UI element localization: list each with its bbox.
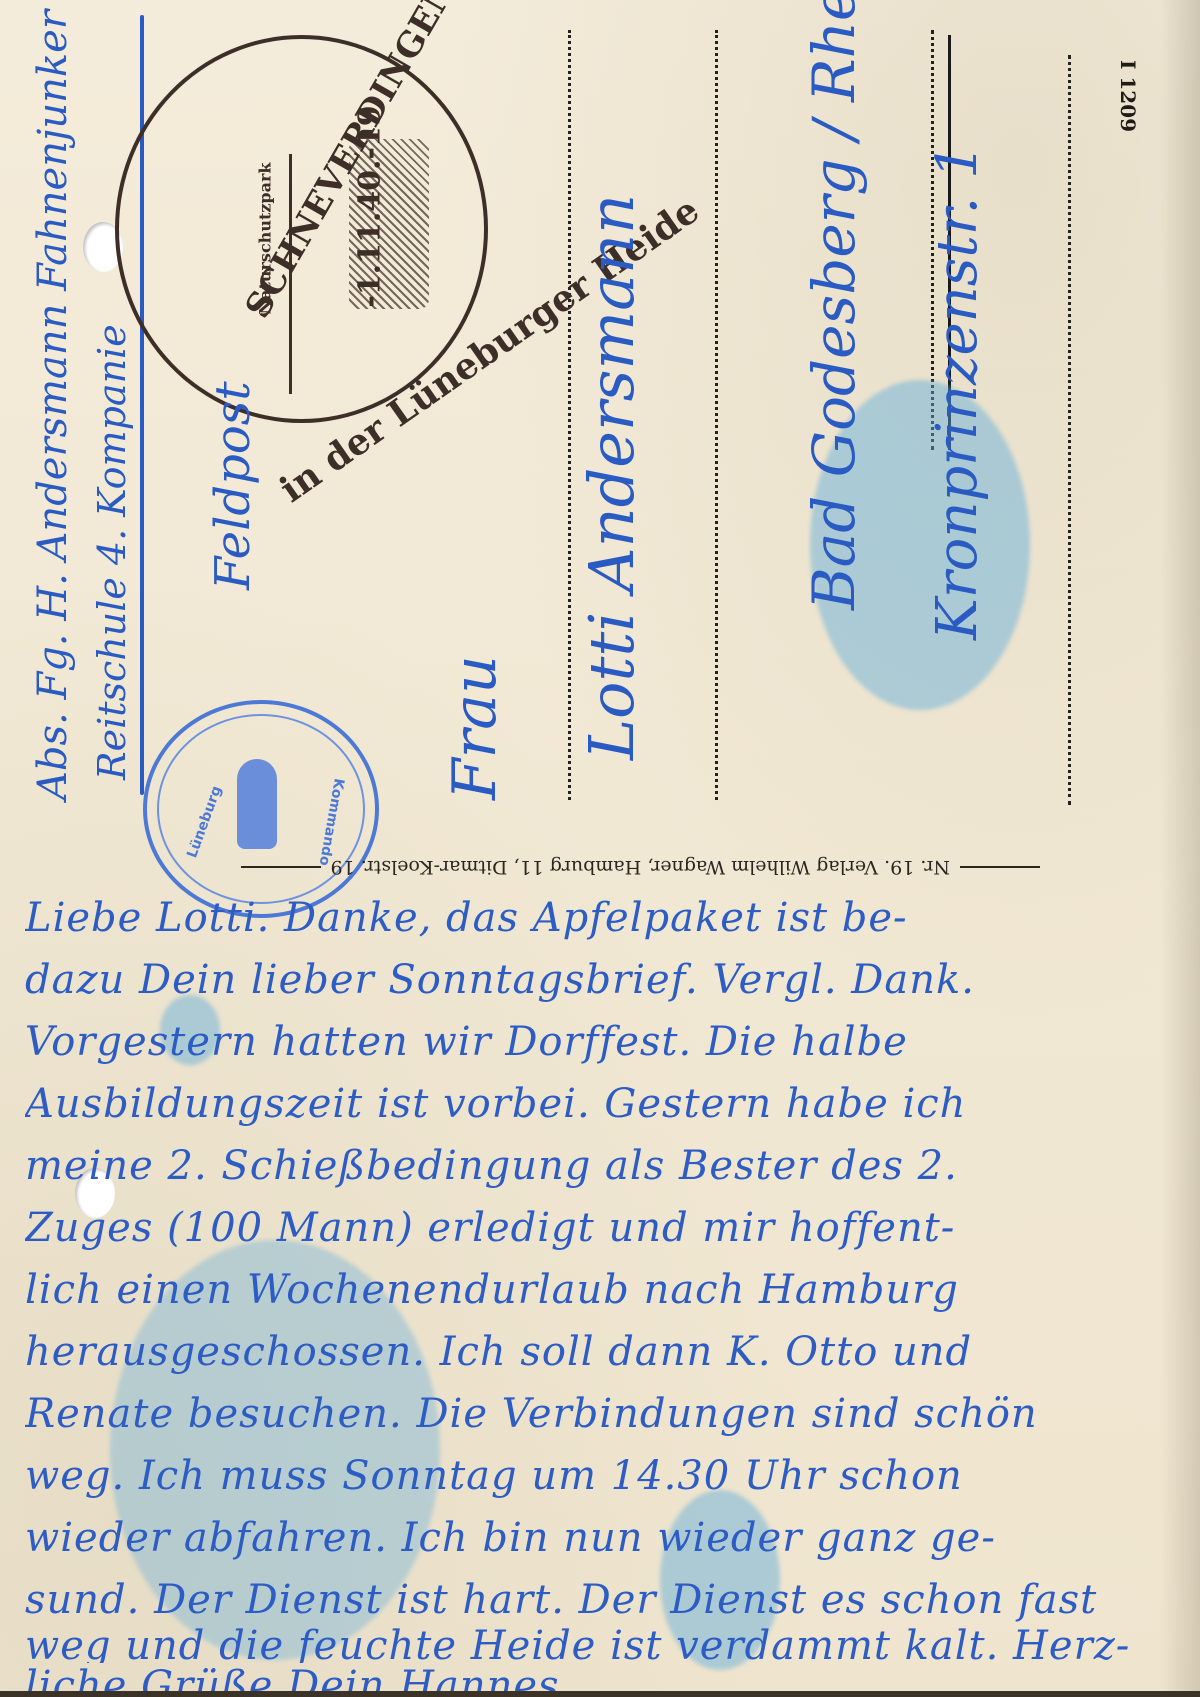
message-body: Liebe Lotti. Danke, das Apfelpaket ist b… xyxy=(25,895,1185,1697)
message-line: dazu Dein lieber Sonntagsbrief. Vergl. D… xyxy=(25,957,1185,1019)
message-line: Zuges (100 Mann) erledigt und mir hoffen… xyxy=(25,1205,1185,1267)
message-line: sund. Der Dienst ist hart. Der Dienst es… xyxy=(25,1577,1185,1623)
card-edge-shadow xyxy=(1160,0,1200,1697)
recipient-street: Kronprinzenstr. 1 xyxy=(925,143,990,640)
message-line: weg und die feuchte Heide ist verdammt k… xyxy=(25,1623,1185,1663)
message-line: Ausbildungszeit ist vorbei. Gestern habe… xyxy=(25,1081,1185,1143)
message-line: weg. Ich muss Sonntag um 14.30 Uhr schon xyxy=(25,1453,1185,1515)
card-bottom-edge xyxy=(0,1691,1200,1697)
message-line: Vorgestern hatten wir Dorffest. Die halb… xyxy=(25,1019,1185,1081)
postmark-date: -1.11.40.-19 xyxy=(353,105,388,307)
seal-eagle-emblem xyxy=(237,759,277,849)
message-line: meine 2. Schießbedingung als Bester des … xyxy=(25,1143,1185,1205)
recipient-city: Bad Godesberg / Rhein xyxy=(800,0,868,610)
recipient-name: Lotti Andersmann xyxy=(575,194,648,760)
unit-seal-stamp: Lüneburg Kommando xyxy=(143,700,379,918)
message-line: Renate besuchen. Die Verbindungen sind s… xyxy=(25,1391,1185,1453)
sender-line-1: Abs. Fg. H. Andersmann Fahnenjunker xyxy=(30,10,76,800)
postmark-subtext: Naturschutzpark xyxy=(256,162,275,314)
publisher-line: Nr. 19. Verlag Wilhelm Wagner, Hamburg 1… xyxy=(90,852,1040,882)
publisher-text: Nr. 19. Verlag Wilhelm Wagner, Hamburg 1… xyxy=(331,856,950,878)
publisher-dash-right xyxy=(241,866,321,868)
message-line: lich einen Wochenendurlaub nach Hamburg xyxy=(25,1267,1185,1329)
address-line-2 xyxy=(715,30,718,800)
postcard: I 1209 SCHNEVERDINGEN -1.11.40.-19 Natur… xyxy=(0,0,1200,1697)
address-line-1 xyxy=(568,30,571,800)
sender-line-3: Feldpost xyxy=(205,381,261,590)
message-line: Liebe Lotti. Danke, das Apfelpaket ist b… xyxy=(25,895,1185,957)
recipient-salutation: Frau xyxy=(440,655,510,800)
publisher-dash-left xyxy=(960,866,1040,868)
catalog-number: I 1209 xyxy=(1116,60,1140,132)
sender-line-2: Reitschule 4. Kompanie xyxy=(90,324,134,780)
postmark-stamp: SCHNEVERDINGEN -1.11.40.-19 Naturschutzp… xyxy=(115,35,488,423)
address-line-4 xyxy=(1068,55,1071,805)
message-line: wieder abfahren. Ich bin nun wieder ganz… xyxy=(25,1515,1185,1577)
message-line: herausgeschossen. Ich soll dann K. Otto … xyxy=(25,1329,1185,1391)
